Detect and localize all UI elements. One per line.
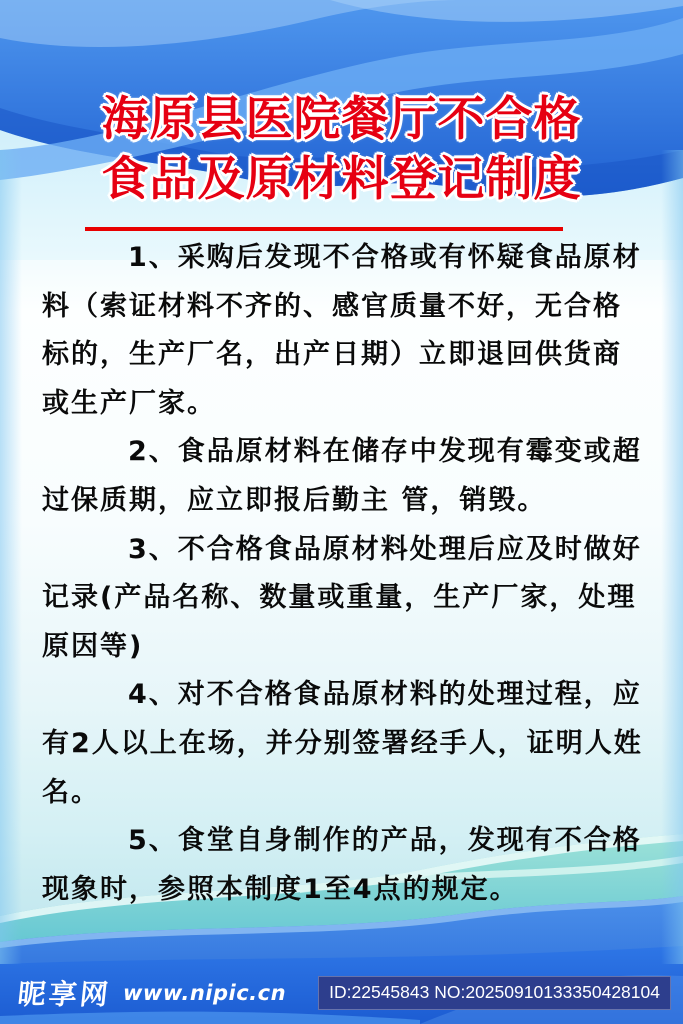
rule-item-2: 2、食品原材料在储存中发现有霉变或超过保质期，应立即报后勤主 管，销毁。 xyxy=(42,428,644,525)
site-logo-text: 昵享网 xyxy=(16,973,113,1013)
regulation-poster: 海原县医院餐厅不合格 食品及原材料登记制度 1、采购后发现不合格或有怀疑食品原材… xyxy=(0,0,683,1024)
id-badge: ID:22545843 NO:20250910133350428104 xyxy=(318,976,671,1010)
title-divider xyxy=(85,227,563,231)
title-line-2: 食品及原材料登记制度 xyxy=(0,150,683,210)
site-branding: 昵享网 www.nipic.cn xyxy=(18,973,286,1013)
rule-item-5: 5、食堂自身制作的产品，发现有不合格现象时，参照本制度1至4点的规定。 xyxy=(42,817,644,914)
site-url: www.nipic.cn xyxy=(123,981,286,1005)
rules-list: 1、采购后发现不合格或有怀疑食品原材料（索证材料不齐的、感官质量不好，无合格标的… xyxy=(42,234,644,914)
rule-item-1: 1、采购后发现不合格或有怀疑食品原材料（索证材料不齐的、感官质量不好，无合格标的… xyxy=(42,234,644,428)
watermark-bar: 昵享网 www.nipic.cn ID:22545843 NO:20250910… xyxy=(0,962,683,1024)
poster-title: 海原县医院餐厅不合格 食品及原材料登记制度 xyxy=(0,90,683,210)
rule-item-4: 4、对不合格食品原材料的处理过程，应有2人以上在场，并分别签署经手人，证明人姓名… xyxy=(42,671,644,817)
rule-item-3: 3、不合格食品原材料处理后应及时做好记录(产品名称、数量或重量，生产厂家，处理原… xyxy=(42,526,644,672)
title-line-1: 海原县医院餐厅不合格 xyxy=(0,90,683,150)
